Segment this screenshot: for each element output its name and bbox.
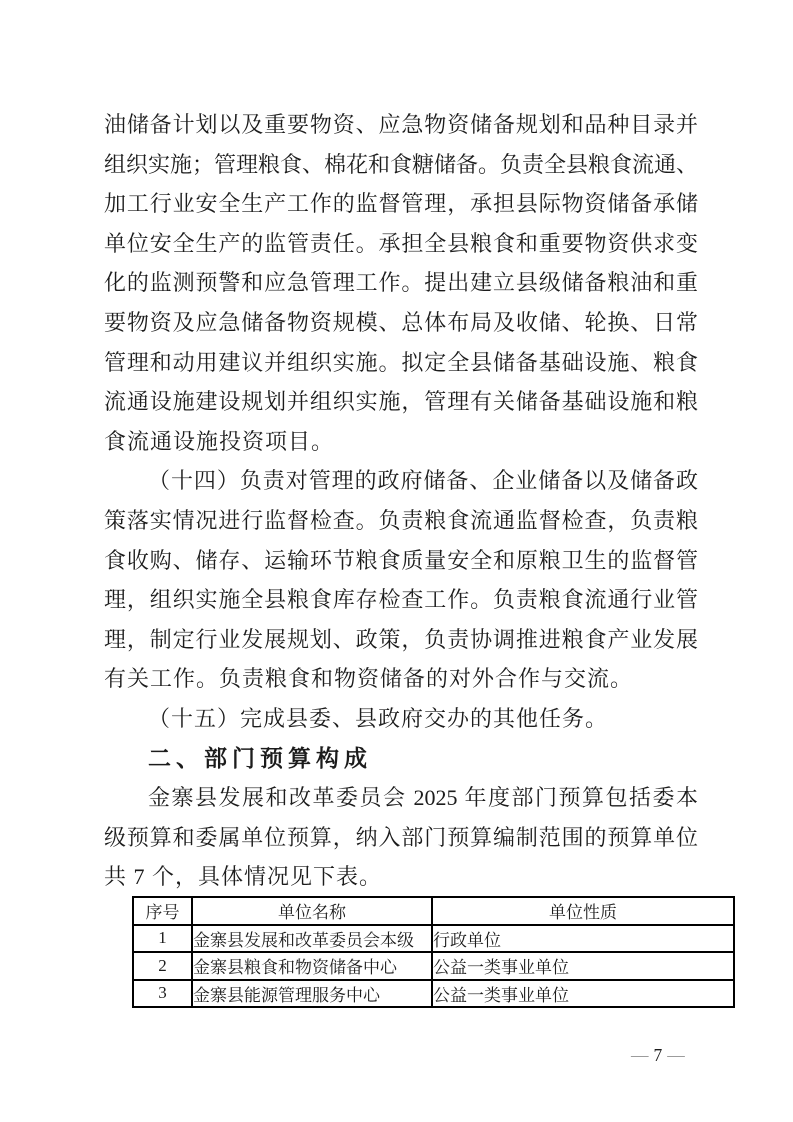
table-cell: 公益一类事业单位 — [432, 980, 734, 1008]
paragraph: （十五）完成县委、县政府交办的其他任务。 — [104, 699, 698, 739]
table-cell: 行政单位 — [432, 925, 734, 953]
text-line: 有关工作。负责粮食和物资储备的对外合作与交流。 — [104, 659, 698, 699]
table-body: 1金寨县发展和改革委员会本级行政单位2金寨县粮食和物资储备中心公益一类事业单位3… — [133, 925, 734, 1008]
text-line: 加工行业安全生产工作的监督管理，承担县际物资储备承储 — [104, 184, 698, 224]
paragraph: 金寨县发展和改革委员会 2025 年度部门预算包括委本级预算和委属单位预算，纳入… — [104, 778, 698, 897]
budget-units-table: 序号单位名称单位性质 1金寨县发展和改革委员会本级行政单位2金寨县粮食和物资储备… — [132, 896, 735, 1008]
text-line: 理，制定行业发展规划、政策，负责协调推进粮食产业发展 — [104, 620, 698, 660]
paragraph: （十四）负责对管理的政府储备、企业储备以及储备政策落实情况进行监督检查。负责粮食… — [104, 461, 698, 699]
text-line: （十四）负责对管理的政府储备、企业储备以及储备政 — [104, 461, 698, 501]
heading-text: 二、部门预算构成 — [104, 739, 698, 779]
page-number-left-dash: — — [631, 1045, 649, 1065]
table-cell: 2 — [133, 952, 192, 980]
table-row: 1金寨县发展和改革委员会本级行政单位 — [133, 925, 734, 953]
text-line: 级预算和委属单位预算，纳入部门预算编制范围的预算单位 — [104, 818, 698, 858]
table-cell: 3 — [133, 980, 192, 1008]
text-line: （十五）完成县委、县政府交办的其他任务。 — [104, 699, 698, 739]
text-line: 金寨县发展和改革委员会 2025 年度部门预算包括委本 — [104, 778, 698, 818]
table-header-cell: 单位性质 — [432, 897, 734, 925]
section-heading: 二、部门预算构成 — [104, 739, 698, 779]
text-line: 理，组织实施全县粮食库存检查工作。负责粮食流通行业管 — [104, 580, 698, 620]
text-line: 组织实施；管理粮食、棉花和食糖储备。负责全县粮食流通、 — [104, 145, 698, 185]
table-header-row: 序号单位名称单位性质 — [133, 897, 734, 925]
table-cell: 1 — [133, 925, 192, 953]
text-line: 食流通设施投资项目。 — [104, 422, 698, 462]
table-cell: 公益一类事业单位 — [432, 952, 734, 980]
table-cell: 金寨县粮食和物资储备中心 — [192, 952, 432, 980]
table-header-cell: 单位名称 — [192, 897, 432, 925]
table-cell: 金寨县发展和改革委员会本级 — [192, 925, 432, 953]
text-line: 单位安全生产的监管责任。承担全县粮食和重要物资供求变 — [104, 224, 698, 264]
text-line: 食收购、储存、运输环节粮食质量安全和原粮卫生的监督管 — [104, 541, 698, 581]
page-number-right-dash: — — [667, 1045, 685, 1065]
text-line: 油储备计划以及重要物资、应急物资储备规划和品种目录并 — [104, 105, 698, 145]
paragraph: 油储备计划以及重要物资、应急物资储备规划和品种目录并组织实施；管理粮食、棉花和食… — [104, 105, 698, 461]
text-line: 流通设施建设规划并组织实施，管理有关储备基础设施和粮 — [104, 382, 698, 422]
table-row: 2金寨县粮食和物资储备中心公益一类事业单位 — [133, 952, 734, 980]
page-number-value: 7 — [654, 1045, 663, 1065]
table-cell: 金寨县能源管理服务中心 — [192, 980, 432, 1008]
text-line: 要物资及应急储备物资规模、总体布局及收储、轮换、日常 — [104, 303, 698, 343]
text-line: 策落实情况进行监督检查。负责粮食流通监督检查，负责粮 — [104, 501, 698, 541]
document-page: 油储备计划以及重要物资、应急物资储备规划和品种目录并组织实施；管理粮食、棉花和食… — [0, 0, 793, 1122]
table-row: 3金寨县能源管理服务中心公益一类事业单位 — [133, 980, 734, 1008]
document-text: 油储备计划以及重要物资、应急物资储备规划和品种目录并组织实施；管理粮食、棉花和食… — [104, 105, 698, 897]
table-header-cell: 序号 — [133, 897, 192, 925]
text-line: 管理和动用建议并组织实施。拟定全县储备基础设施、粮食 — [104, 343, 698, 383]
page-number: —7— — [631, 1045, 685, 1065]
text-line: 化的监测预警和应急管理工作。提出建立县级储备粮油和重 — [104, 263, 698, 303]
text-line: 共 7 个，具体情况见下表。 — [104, 857, 698, 897]
